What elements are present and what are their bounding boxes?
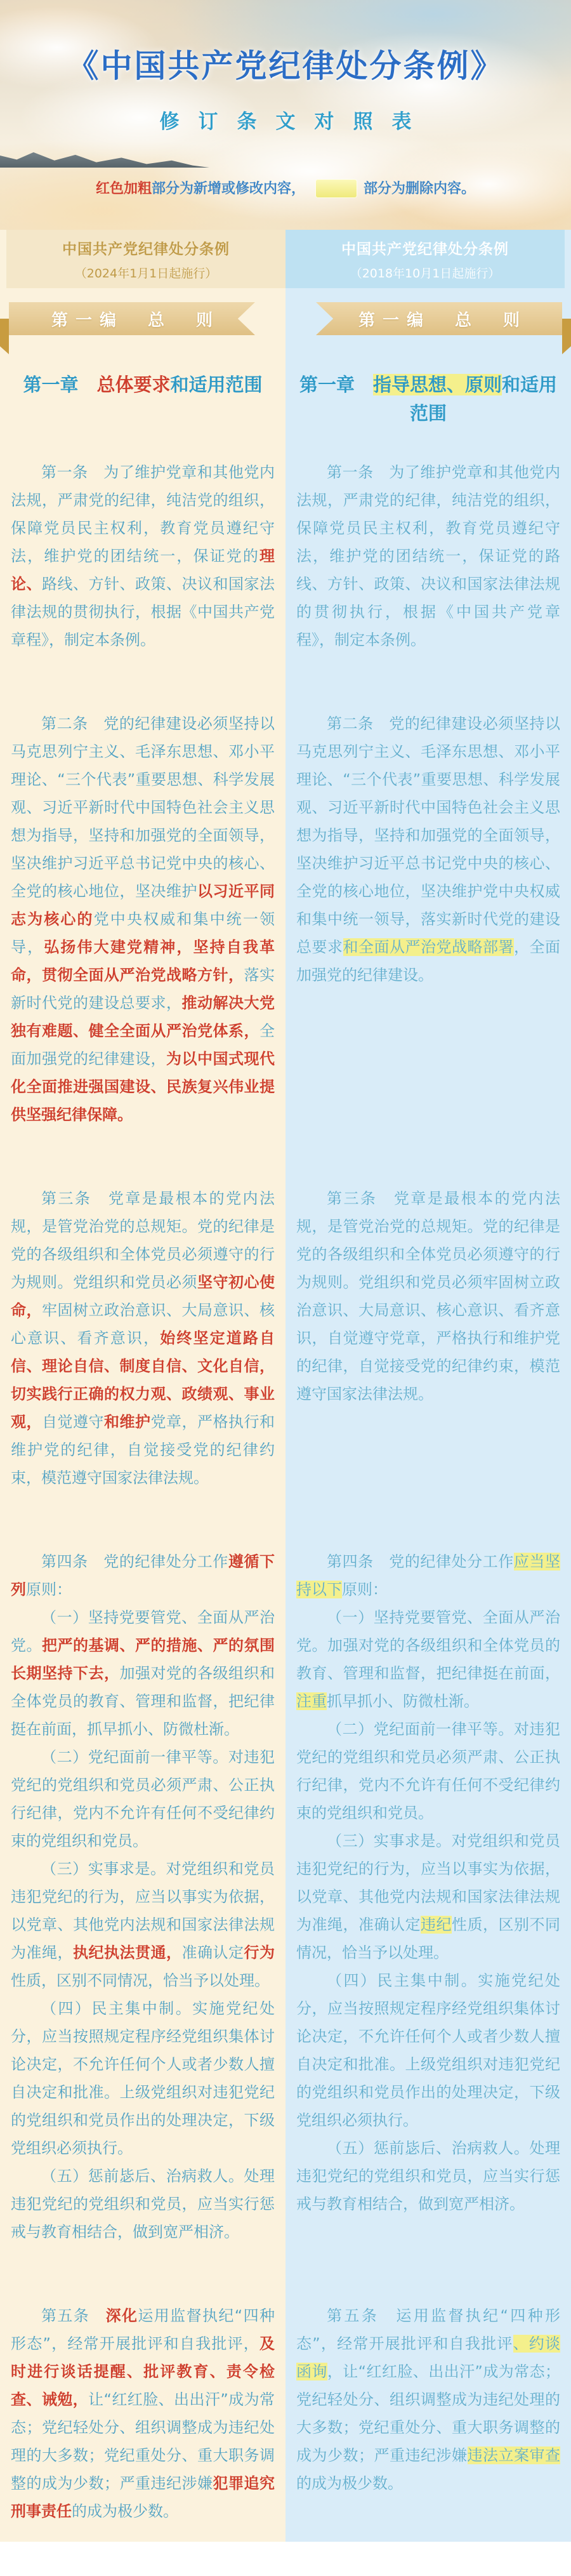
page-subtitle: 修订条文对照表 bbox=[0, 105, 571, 134]
added-text-run: 深化 bbox=[106, 2307, 138, 2325]
added-text-run: 总体要求 bbox=[96, 374, 170, 395]
text-run: 第二条 党的纪律建设必须坚持以马克思列宁主义、毛泽东思想、邓小平理论、“三个代表… bbox=[11, 715, 275, 900]
article-paragraph: 第三条 党章是最根本的党内法规，是管党治党的总规矩。党的纪律是党的各级组织和全体… bbox=[296, 1185, 560, 1408]
article-1-right: 第一条 为了维护党章和其他党内法规，严肃党的纪律，纯洁党的组织，保障党员民主权利… bbox=[285, 430, 571, 682]
text-run: 的成为极少数。 bbox=[72, 2502, 178, 2520]
added-text-run: 弘扬伟大建党精神，坚持自我革命，贯彻全面从严治党战略方针， bbox=[11, 938, 275, 984]
text-run: 第四条 党的纪律处分工作 bbox=[327, 1553, 514, 1570]
chapter-heading: 第一章 总体要求和适用范围 bbox=[10, 371, 275, 399]
text-run: （四）民主集中制。实施党纪处分，应当按照规定程序经党组织集体讨论决定，不允许任何… bbox=[296, 1972, 560, 2129]
chapter-1-heading-left: 第一章 总体要求和适用范围 bbox=[0, 371, 285, 430]
deleted-text-run: 违法立案审查 bbox=[468, 2447, 561, 2464]
article-paragraph: （五）惩前毖后、治病救人。处理违犯党纪的党组织和党员，应当实行惩戒与教育相结合，… bbox=[11, 2162, 275, 2246]
deleted-text-run: 违纪 bbox=[421, 1916, 452, 1934]
text-run: 第一章 bbox=[23, 374, 96, 395]
article-3-right: 第三条 党章是最根本的党内法规，是管党治党的总规矩。党的纪律是党的各级组织和全体… bbox=[285, 1157, 571, 1520]
article-paragraph: （三）实事求是。对党组织和党员违犯党纪的行为，应当以事实为依据，以党章、其他党内… bbox=[296, 1827, 560, 1967]
article-paragraph: （一）坚持党要管党、全面从严治党。加强对党的各级组织和全体党员的教育、管理和监督… bbox=[296, 1603, 560, 1715]
article-paragraph: （二）党纪面前一律平等。对违犯党纪的党组织和党员必须严肃、公正执行纪律，党内不允… bbox=[11, 1743, 275, 1855]
column-subtitle-2018: （2018年10月1日起施行） bbox=[350, 264, 501, 281]
added-text-run: 和维护 bbox=[104, 1413, 151, 1431]
article-paragraph: 第一条 为了维护党章和其他党内法规，严肃党的纪律，纯洁党的组织，保障党员民主权利… bbox=[11, 458, 275, 654]
text-run: 第四条 党的纪律处分工作 bbox=[41, 1553, 228, 1570]
text-run: 第三条 党章是最根本的党内法规，是管党治党的总规矩。党的纪律是党的各级组织和全体… bbox=[296, 1190, 560, 1403]
legend-added-label: 红色加粗 bbox=[96, 181, 152, 197]
column-title-2024: 中国共产党纪律处分条例 bbox=[62, 237, 230, 258]
text-run: 原则： bbox=[26, 1581, 72, 1598]
article-paragraph: （二）党纪面前一律平等。对违犯党纪的党组织和党员必须严肃、公正执行纪律，党内不允… bbox=[296, 1715, 560, 1827]
article-paragraph: （三）实事求是。对党组织和党员违犯党纪的行为，应当以事实为依据，以党章、其他党内… bbox=[11, 1855, 275, 1995]
text-run: 和适用范围 bbox=[171, 374, 263, 395]
part-ribbon-left: 第一编 总 则 bbox=[9, 302, 255, 335]
article-paragraph: 第二条 党的纪律建设必须坚持以马克思列宁主义、毛泽东思想、邓小平理论、“三个代表… bbox=[296, 710, 560, 989]
column-header-2018: 中国共产党纪律处分条例 （2018年10月1日起施行） bbox=[285, 230, 571, 288]
text-run: （一）坚持党要管党、全面从严治党。加强对党的各级组织和全体党员的教育、管理和监督… bbox=[296, 1609, 560, 1682]
column-header-box-2024: 中国共产党纪律处分条例 （2024年1月1日起施行） bbox=[6, 230, 285, 288]
column-header-2024: 中国共产党纪律处分条例 （2024年1月1日起施行） bbox=[0, 230, 285, 288]
article-2-right: 第二条 党的纪律建设必须坚持以马克思列宁主义、毛泽东思想、邓小平理论、“三个代表… bbox=[285, 682, 571, 1157]
article-paragraph: 第一条 为了维护党章和其他党内法规，严肃党的纪律，纯洁党的组织，保障党员民主权利… bbox=[296, 458, 560, 654]
deleted-text-run: 指导思想、原则 bbox=[373, 374, 502, 395]
article-paragraph: 第四条 党的纪律处分工作应当坚持以下原则： bbox=[296, 1548, 560, 1603]
text-run: （二）党纪面前一律平等。对违犯党纪的党组织和党员必须严肃、公正执行纪律，党内不允… bbox=[11, 1748, 275, 1850]
text-run: 原则： bbox=[342, 1581, 388, 1598]
article-4-right: 第四条 党的纪律处分工作应当坚持以下原则：（一）坚持党要管党、全面从严治党。加强… bbox=[285, 1520, 571, 2274]
article-5-right: 第五条 运用监督执纪“四种形态”，经常开展批评和自我批评、约谈函询，让“红红脸、… bbox=[285, 2274, 571, 2542]
deleted-highlight-swatch bbox=[315, 179, 357, 198]
column-header-box-2018: 中国共产党纪律处分条例 （2018年10月1日起施行） bbox=[285, 230, 565, 288]
article-paragraph: 第五条 深化运用监督执纪“四种形态”，经常开展批评和自我批评，及时进行谈话提醒、… bbox=[11, 2302, 275, 2525]
text-run: 自觉遵守 bbox=[42, 1413, 104, 1431]
part-ribbon-right: 第一编 总 则 bbox=[316, 302, 562, 335]
article-paragraph: （四）民主集中制。实施党纪处分，应当按照规定程序经党组织集体讨论决定，不允许任何… bbox=[11, 1995, 275, 2162]
text-run: 路线、方针、政策、决议和国家法律法规的贯彻执行，根据《中国共产党章程》，制定本条… bbox=[11, 575, 275, 649]
article-5-left: 第五条 深化运用监督执纪“四种形态”，经常开展批评和自我批评，及时进行谈话提醒、… bbox=[0, 2274, 285, 2542]
added-text-run: 执纪执法贯通， bbox=[73, 1944, 182, 1962]
part-ribbon-cell-right: 第一编 总 则 bbox=[285, 288, 571, 371]
article-paragraph: （五）惩前毖后、治病救人。处理违犯党纪的党组织和党员，应当实行惩戒与教育相结合，… bbox=[296, 2134, 560, 2218]
article-3-left: 第三条 党章是最根本的党内法规，是管党治党的总规矩。党的纪律是党的各级组织和全体… bbox=[0, 1157, 285, 1520]
deleted-text-run: 和全面从严治党战略部署 bbox=[343, 938, 515, 956]
ribbon-fold-icon bbox=[562, 319, 571, 354]
text-run: （四）民主集中制。实施党纪处分，应当按照规定程序经党组织集体讨论决定，不允许任何… bbox=[11, 2000, 275, 2157]
text-run: 性质，区别不同情况，恰当予以处理。 bbox=[11, 1972, 270, 1989]
article-paragraph: （一）坚持党要管党、全面从严治党。把严的基调、严的措施、严的氛围长期坚持下去，加… bbox=[11, 1603, 275, 1743]
legend-added-text: 部分为新增或修改内容， bbox=[152, 181, 305, 197]
text-run: 第一章 bbox=[299, 374, 373, 395]
text-run: （五）惩前毖后、治病救人。处理违犯党纪的党组织和党员，应当实行惩戒与教育相结合，… bbox=[296, 2139, 560, 2213]
text-run: 抓早抓小、防微杜渐。 bbox=[327, 1692, 479, 1710]
text-run: 第五条 bbox=[41, 2307, 106, 2325]
article-paragraph: （四）民主集中制。实施党纪处分，应当按照规定程序经党组织集体讨论决定，不允许任何… bbox=[296, 1967, 560, 2134]
text-run: （二）党纪面前一律平等。对违犯党纪的党组织和党员必须严肃、公正执行纪律，党内不允… bbox=[296, 1720, 560, 1822]
chapter-1-heading-right: 第一章 指导思想、原则和适用范围 bbox=[285, 371, 571, 430]
text-run: （五）惩前毖后、治病救人。处理违犯党纪的党组织和党员，应当实行惩戒与教育相结合，… bbox=[11, 2167, 275, 2241]
part-ribbon-left-label: 第一编 总 则 bbox=[44, 307, 220, 331]
article-paragraph: 第二条 党的纪律建设必须坚持以马克思列宁主义、毛泽东思想、邓小平理论、“三个代表… bbox=[11, 710, 275, 1129]
article-paragraph: 第四条 党的纪律处分工作遵循下列原则： bbox=[11, 1548, 275, 1603]
text-run: 第二条 党的纪律建设必须坚持以马克思列宁主义、毛泽东思想、邓小平理论、“三个代表… bbox=[296, 715, 560, 956]
column-subtitle-2024: （2024年1月1日起施行） bbox=[75, 264, 218, 281]
article-2-left: 第二条 党的纪律建设必须坚持以马克思列宁主义、毛泽东思想、邓小平理论、“三个代表… bbox=[0, 682, 285, 1157]
article-4-left: 第四条 党的纪律处分工作遵循下列原则：（一）坚持党要管党、全面从严治党。把严的基… bbox=[0, 1520, 285, 2274]
column-title-2018: 中国共产党纪律处分条例 bbox=[341, 237, 509, 258]
part-ribbon-right-label: 第一编 总 则 bbox=[351, 307, 527, 331]
text-run: 的成为极少数。 bbox=[296, 2474, 403, 2492]
article-1-left: 第一条 为了维护党章和其他党内法规，严肃党的纪律，纯洁党的组织，保障党员民主权利… bbox=[0, 430, 285, 682]
chapter-heading: 第一章 指导思想、原则和适用范围 bbox=[296, 371, 561, 428]
article-paragraph: 第三条 党章是最根本的党内法规，是管党治党的总规矩。党的纪律是党的各级组织和全体… bbox=[11, 1185, 275, 1492]
added-text-run: 行为 bbox=[244, 1944, 275, 1962]
legend-deleted-text: 部分为删除内容。 bbox=[364, 181, 475, 197]
deleted-text-run: 注重 bbox=[296, 1692, 327, 1710]
part-ribbon-cell-left: 第一编 总 则 bbox=[0, 288, 285, 371]
page-title: 《中国共产党纪律处分条例》 bbox=[0, 41, 571, 86]
article-paragraph: 第五条 运用监督执纪“四种形态”，经常开展批评和自我批评、约谈函询，让“红红脸、… bbox=[296, 2302, 560, 2497]
legend-note: 红色加粗部分为新增或修改内容，部分为删除内容。 bbox=[0, 178, 571, 198]
text-run: 准确认定 bbox=[182, 1944, 244, 1962]
text-run: 第一条 为了维护党章和其他党内法规，严肃党的纪律，纯洁党的组织，保障党员民主权利… bbox=[11, 463, 275, 565]
text-run: 第一条 为了维护党章和其他党内法规，严肃党的纪律，纯洁党的组织，保障党员民主权利… bbox=[296, 463, 560, 649]
comparison-table: 中国共产党纪律处分条例 （2024年1月1日起施行） 中国共产党纪律处分条例 （… bbox=[0, 230, 571, 2542]
page: 《中国共产党纪律处分条例》 修订条文对照表 红色加粗部分为新增或修改内容，部分为… bbox=[0, 0, 571, 2542]
ribbon-fold-icon bbox=[0, 319, 9, 354]
hero-banner: 《中国共产党纪律处分条例》 修订条文对照表 红色加粗部分为新增或修改内容，部分为… bbox=[0, 0, 571, 230]
